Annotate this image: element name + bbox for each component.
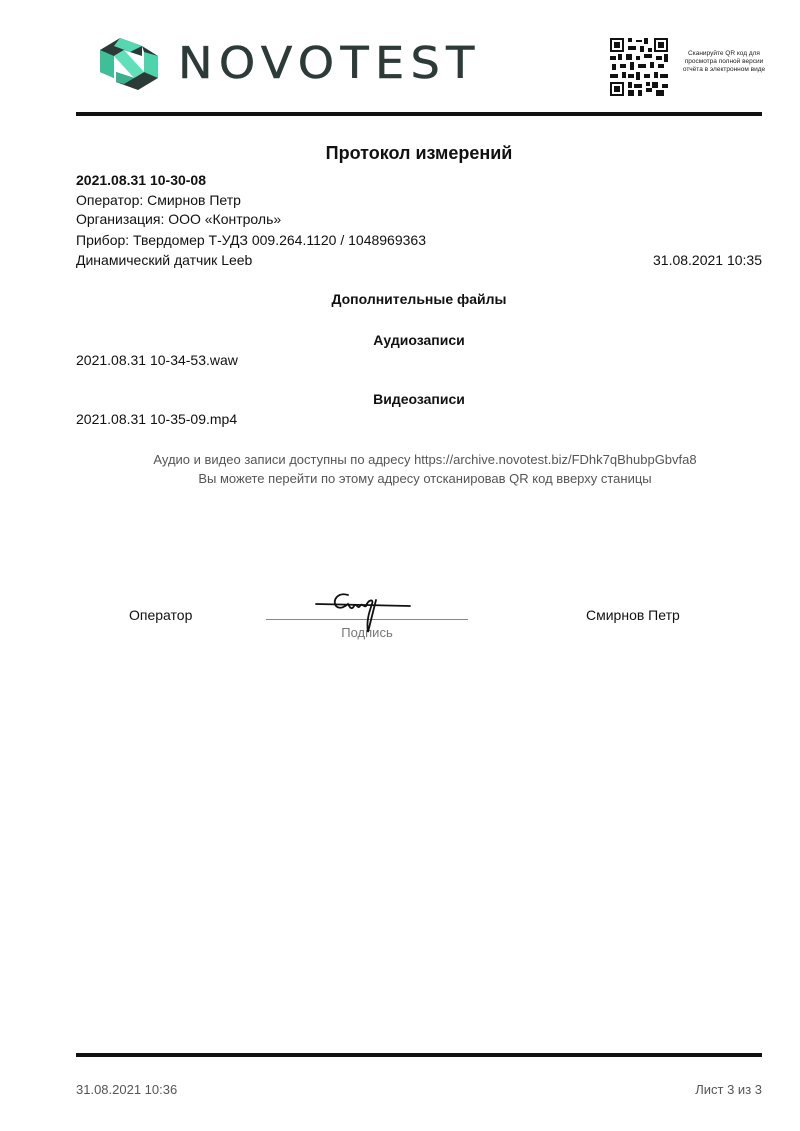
- handwritten-signature-icon: [310, 590, 415, 640]
- attachments-heading: Дополнительные файлы: [0, 291, 800, 307]
- device-line: Прибор: Твердомер Т-УДЗ 009.264.1120 / 1…: [76, 232, 426, 248]
- video-heading: Видеозаписи: [0, 391, 800, 407]
- qr-code-icon[interactable]: [610, 38, 668, 96]
- audio-heading: Аудиозаписи: [0, 332, 800, 348]
- archive-link-note[interactable]: Аудио и видео записи доступны по адресу …: [0, 452, 800, 468]
- signature-role-label: Оператор: [129, 607, 192, 623]
- record-id: 2021.08.31 10-30-08: [76, 172, 206, 188]
- page-counter: Лист 3 из 3: [695, 1082, 762, 1097]
- page-title: Протокол измерений: [0, 143, 800, 164]
- footer-divider: [76, 1053, 762, 1057]
- video-file-item[interactable]: 2021.08.31 10-35-09.mp4: [76, 411, 237, 427]
- audio-file-item[interactable]: 2021.08.31 10-34-53.waw: [76, 352, 238, 368]
- sensor-line: Динамический датчик Leeb: [76, 252, 252, 268]
- signer-name: Смирнов Петр: [586, 607, 680, 623]
- organization-line: Организация: ООО «Контроль»: [76, 211, 281, 227]
- measured-at: 31.08.2021 10:35: [653, 252, 762, 268]
- qr-hint-note: Вы можете перейти по этому адресу отскан…: [0, 471, 800, 487]
- novotest-logo-icon: [94, 36, 164, 92]
- printed-at: 31.08.2021 10:36: [76, 1082, 177, 1097]
- brand-wordmark: NOVOTEST: [178, 42, 481, 86]
- header-divider: [76, 112, 762, 116]
- qr-caption: Сканируйте QR код для просмотра полной в…: [680, 50, 768, 74]
- operator-line: Оператор: Смирнов Петр: [76, 192, 241, 208]
